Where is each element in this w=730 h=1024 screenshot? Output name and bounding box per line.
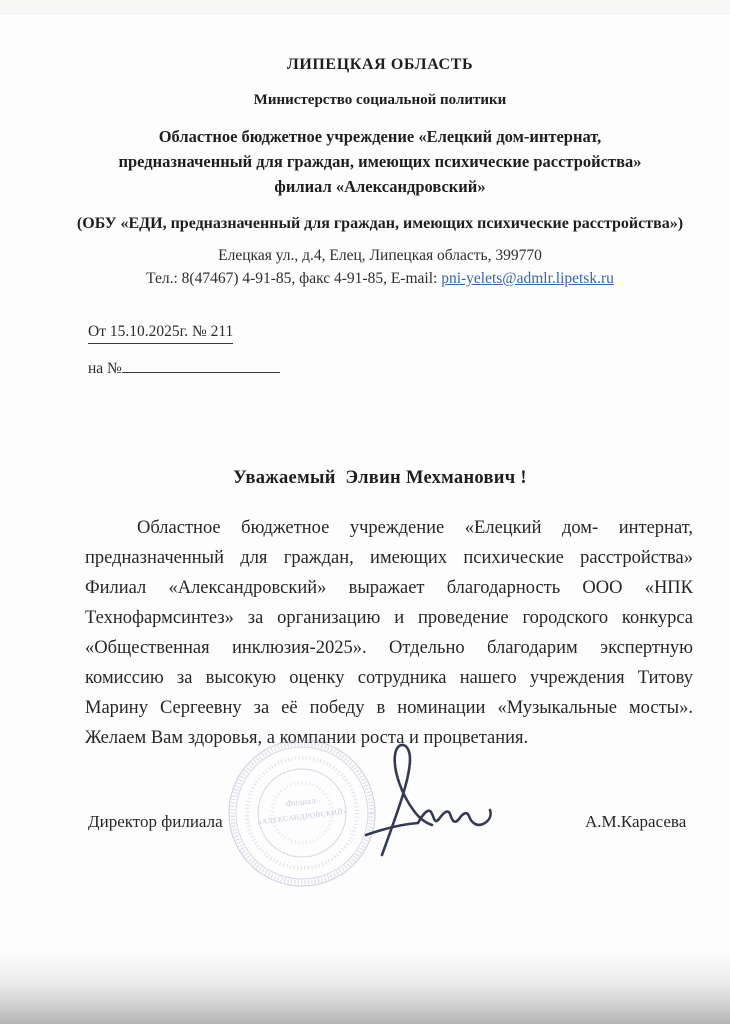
letter-page: ЛИПЕЦКАЯ ОБЛАСТЬ Министерство социальной… (0, 0, 730, 1024)
signer-name-label: А.М.Карасева (585, 812, 686, 832)
contacts-text: Тел.: 8(47467) 4-91-85, факс 4-91-85, E-… (146, 270, 441, 287)
outgoing-number: От 15.10.2025г. № 211 (88, 323, 233, 344)
letterhead: ЛИПЕЦКАЯ ОБЛАСТЬ Министерство социальной… (30, 56, 730, 288)
stamp-text-line1: Филиал (285, 795, 316, 809)
organization-name: Областное бюджетное учреждение «Елецкий … (30, 124, 730, 199)
reference-block: От 15.10.2025г. № 211 на № (88, 323, 280, 378)
body-line: Технофармсинтез» за организацию и провед… (85, 603, 693, 633)
letter-body: Областное бюджетное учреждение «Елецкий … (85, 513, 693, 753)
region-title: ЛИПЕЦКАЯ ОБЛАСТЬ (30, 56, 730, 74)
body-line: Марину Сергеевну за её победу в номинаци… (85, 693, 693, 723)
organization-name-line2: предназначенный для граждан, имеющих пси… (30, 149, 730, 174)
salutation: Уважаемый Элвин Мехманович ! (30, 468, 730, 489)
stamp-text-line2: «АЛЕКСАНДРОВСКИЙ» (257, 807, 348, 827)
organization-contacts: Тел.: 8(47467) 4-91-85, факс 4-91-85, E-… (30, 270, 730, 288)
scan-top-edge (0, 0, 730, 14)
incoming-number-line: на № (88, 358, 280, 378)
organization-address: Елецкая ул., д.4, Елец, Липецкая область… (30, 247, 730, 265)
body-line: комиссию за высокую оценку сотрудника на… (85, 663, 693, 693)
incoming-number-prefix: на № (88, 360, 122, 377)
ministry-title: Министерство социальной политики (30, 92, 730, 109)
scan-bottom-shadow (0, 949, 730, 1024)
signer-position-label: Директор филиала (88, 812, 223, 832)
organization-name-line3: филиал «Александровский» (30, 174, 730, 199)
signature-icon (352, 733, 502, 873)
organization-short-name: (ОБУ «ЕДИ, предназначенный для граждан, … (30, 211, 730, 237)
body-line: Филиал «Александровский» выражает благод… (85, 573, 693, 603)
email-link[interactable]: pni-yelets@admlr.lipetsk.ru (441, 270, 614, 287)
body-line: «Общественная инклюзия-2025». Отдельно б… (85, 633, 693, 663)
body-line: предназначенный для граждан, имеющих пси… (85, 543, 693, 573)
organization-name-line1: Областное бюджетное учреждение «Елецкий … (30, 124, 730, 149)
incoming-number-blank (122, 358, 280, 373)
body-line: Областное бюджетное учреждение «Елецкий … (85, 513, 693, 543)
